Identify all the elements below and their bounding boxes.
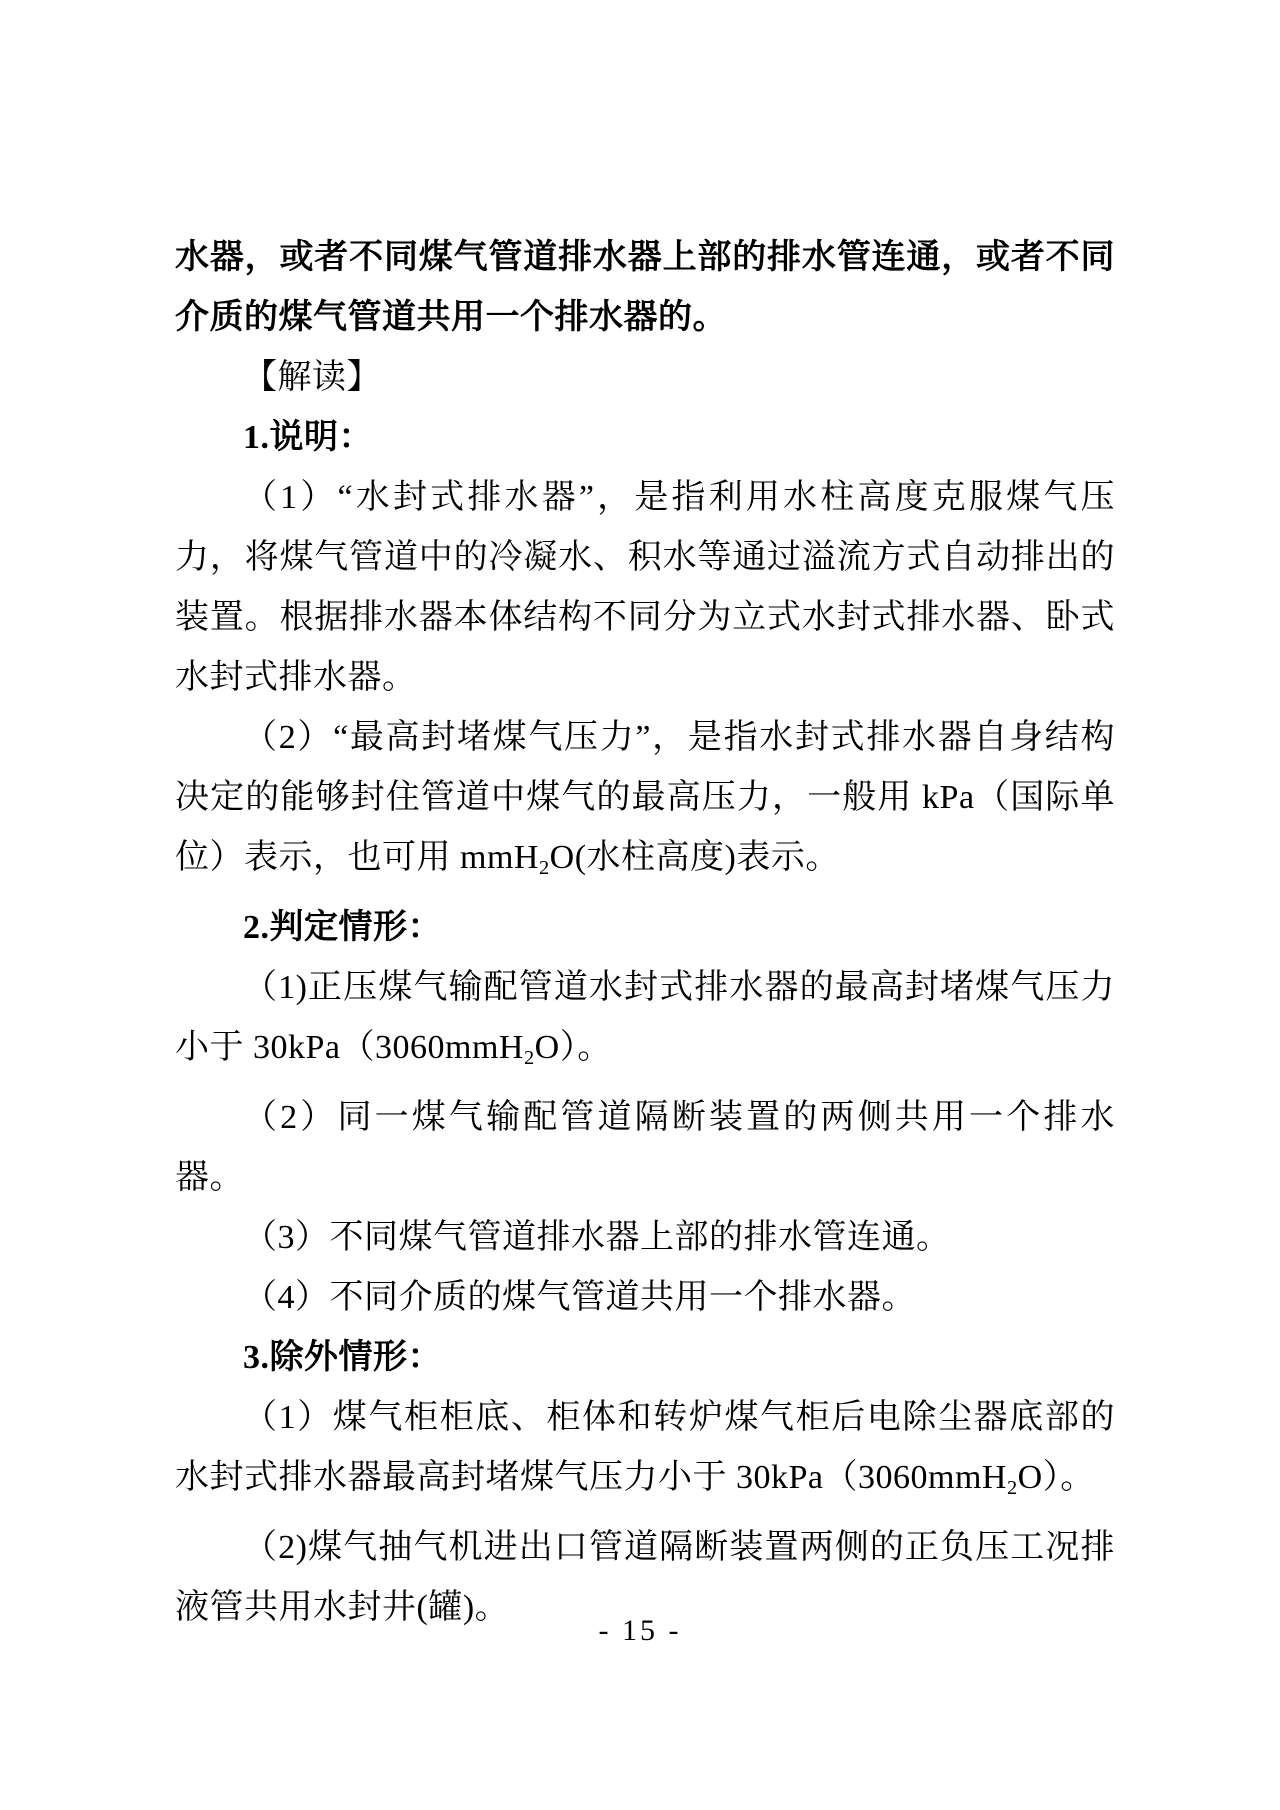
document-page: 水器，或者不同煤气管道排水器上部的排水管连通，或者不同介质的煤气管道共用一个排水… bbox=[0, 0, 1280, 1810]
heading-shuoming: 1.说明： bbox=[175, 408, 1115, 468]
heading-chuwai: 3.除外情形： bbox=[175, 1328, 1115, 1388]
text-segment: （1）“水封式排水器”，是指利用水柱高度克服煤气压力，将煤气管道中的冷凝水、积水… bbox=[175, 479, 1115, 696]
text-segment: O(水柱高度)表示。 bbox=[550, 839, 840, 876]
text-segment: 【解读】 bbox=[243, 359, 381, 396]
text-segment: （2）同一煤气输配管道隔断装置的两侧共用一个排水器。 bbox=[175, 1099, 1115, 1196]
text-segment: 1.说明： bbox=[243, 419, 373, 456]
text-segment: （1)正压煤气输配管道水封式排水器的最高封堵煤气压力小于 30kPa（3060m… bbox=[175, 969, 1115, 1066]
subscript-text: 2 bbox=[524, 1047, 535, 1069]
jiedu-label: 【解读】 bbox=[175, 348, 1115, 408]
panding-item-2: （2）同一煤气输配管道隔断装置的两侧共用一个排水器。 bbox=[175, 1088, 1115, 1208]
text-segment: O）。 bbox=[1018, 1459, 1095, 1496]
subscript-text: 2 bbox=[1007, 1477, 1018, 1499]
shuoming-item-2: （2）“最高封堵煤气压力”，是指水封式排水器自身结构决定的能够封住管道中煤气的最… bbox=[175, 708, 1115, 898]
text-segment: 3.除外情形： bbox=[243, 1339, 442, 1376]
text-segment: 2.判定情形： bbox=[243, 909, 442, 946]
shuoming-item-1: （1）“水封式排水器”，是指利用水柱高度克服煤气压力，将煤气管道中的冷凝水、积水… bbox=[175, 468, 1115, 708]
panding-item-1: （1)正压煤气输配管道水封式排水器的最高封堵煤气压力小于 30kPa（3060m… bbox=[175, 958, 1115, 1088]
text-segment: （1）煤气柜柜底、柜体和转炉煤气柜后电除尘器底部的水封式排水器最高封堵煤气压力小… bbox=[175, 1399, 1115, 1496]
panding-item-3: （3）不同煤气管道排水器上部的排水管连通。 bbox=[175, 1208, 1115, 1268]
text-segment: 水器，或者不同煤气管道排水器上部的排水管连通，或者不同介质的煤气管道共用一个排水… bbox=[175, 239, 1115, 336]
text-segment: O）。 bbox=[535, 1029, 612, 1066]
continued-paragraph: 水器，或者不同煤气管道排水器上部的排水管连通，或者不同介质的煤气管道共用一个排水… bbox=[175, 228, 1115, 348]
heading-panding: 2.判定情形： bbox=[175, 898, 1115, 958]
page-number: - 15 - bbox=[0, 1612, 1280, 1650]
text-segment: （4）不同介质的煤气管道共用一个排水器。 bbox=[243, 1279, 916, 1316]
subscript-text: 2 bbox=[539, 857, 550, 879]
panding-item-4: （4）不同介质的煤气管道共用一个排水器。 bbox=[175, 1268, 1115, 1328]
text-segment: （3）不同煤气管道排水器上部的排水管连通。 bbox=[243, 1219, 951, 1256]
chuwai-item-1: （1）煤气柜柜底、柜体和转炉煤气柜后电除尘器底部的水封式排水器最高封堵煤气压力小… bbox=[175, 1388, 1115, 1518]
document-body: 水器，或者不同煤气管道排水器上部的排水管连通，或者不同介质的煤气管道共用一个排水… bbox=[175, 228, 1115, 1638]
